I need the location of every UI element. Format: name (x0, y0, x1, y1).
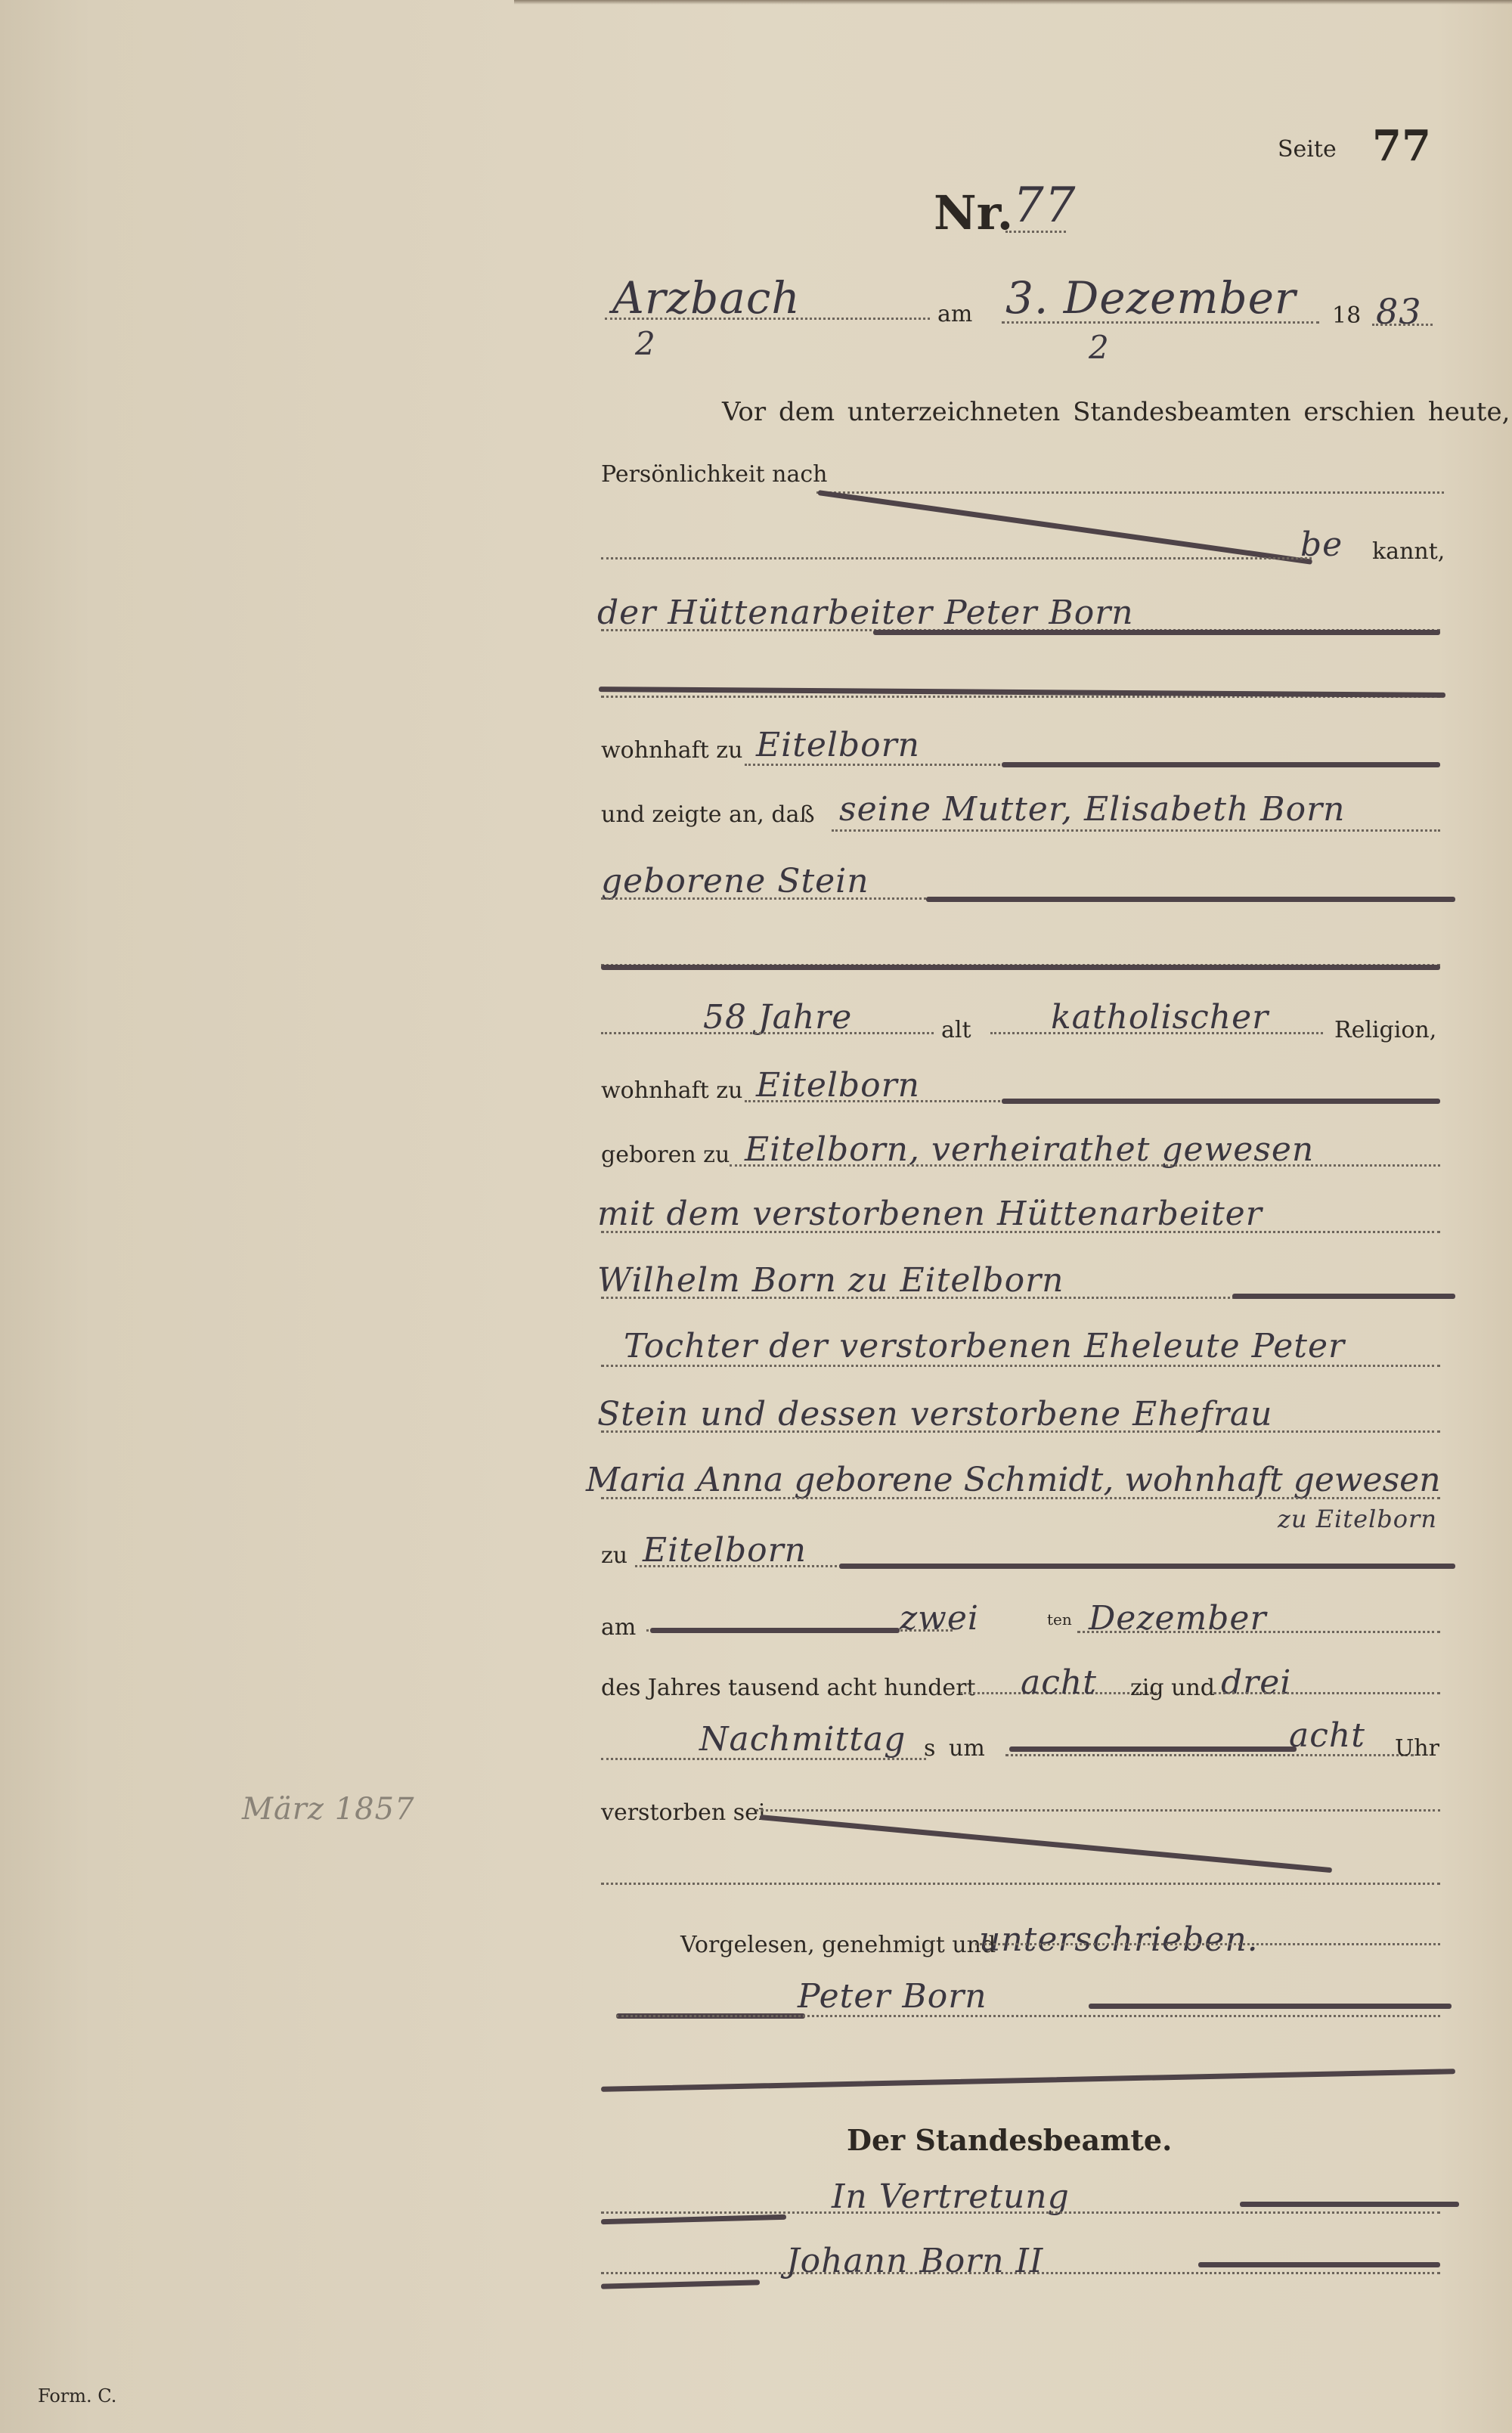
parents-line-3-dots (601, 1497, 1440, 1499)
decade-value: acht (1021, 1663, 1097, 1702)
signature-line (616, 2015, 1440, 2017)
page-number: 77 (1372, 121, 1431, 171)
reported-label: und zeigte an, daß (601, 801, 815, 828)
religion-value: katholischer (1051, 998, 1269, 1037)
blank-line-strike (601, 965, 1440, 970)
born-label: geboren zu (601, 1142, 730, 1168)
resident-label: wohnhaft zu (601, 737, 742, 764)
day-value: zwei (900, 1599, 979, 1638)
at-label: zu (601, 1542, 627, 1569)
entry-date: 3. Dezember (1005, 272, 1297, 324)
spouse-line-1: mit dem verstorbenen Hüttenarbeiter (597, 1195, 1263, 1233)
year-prefix: 18 (1332, 302, 1361, 329)
place-of-death: Eitelborn (643, 1531, 807, 1570)
month-line (1077, 1631, 1440, 1633)
entry-number-line (1005, 231, 1066, 233)
registrar-strike-1a (601, 2214, 786, 2224)
spouse-line-1-dots (601, 1231, 1440, 1233)
read-label: Vorgelesen, genehmigt und (680, 1932, 996, 1958)
deceased-line-2: geborene Stein (601, 862, 869, 900)
time-of-day-line (601, 1758, 926, 1760)
registrar-line-1-dots (601, 2211, 1440, 2214)
entry-number-label: Nr. (934, 185, 1013, 240)
page-label: Seite (1278, 136, 1337, 163)
personality-line-2 (601, 557, 1312, 559)
date-mark: 2 (1089, 329, 1110, 366)
deceased-residence-strike (1002, 1099, 1440, 1104)
spouse-line-2-strike (1232, 1294, 1455, 1299)
registrar-line-2-dots (601, 2272, 1440, 2274)
personality-line-1 (816, 491, 1444, 494)
time-of-day: Nachmittag (699, 1720, 906, 1759)
birthplace-status: Eitelborn, verheirathet gewesen (745, 1130, 1314, 1169)
personality-label: Persönlichkeit nach (601, 461, 827, 488)
intro-text: Vor dem unterzeichneten Standesbeamten e… (722, 397, 1512, 427)
year-unit-value: drei (1221, 1663, 1291, 1702)
parents-line-1-dots (601, 1365, 1440, 1367)
place-mark: 2 (635, 325, 656, 362)
died-line-2 (601, 1883, 1440, 1885)
register-page: Seite 77 Nr. 77 Arzbach 2 am 3. Dezember… (0, 0, 1512, 2433)
died-strike (760, 1815, 1332, 1873)
personality-strike (818, 490, 1313, 565)
day-strike (650, 1628, 900, 1633)
deceased-line-1: seine Mutter, Elisabeth Born (839, 790, 1346, 829)
parents-line-2-dots (601, 1430, 1440, 1433)
time-um: um (949, 1735, 985, 1762)
read-word: unterschrieben. (979, 1920, 1259, 1959)
registrar-line-2: Johann Born II (786, 2242, 1043, 2280)
time-s: s (924, 1735, 935, 1762)
date-line (1002, 321, 1319, 324)
religion-suffix: Religion, (1334, 1017, 1436, 1043)
parents-line-3: Maria Anna geborene Schmidt, wohnhaft ge… (586, 1461, 1441, 1499)
died-label: verstorben sei (601, 1799, 765, 1826)
deceased-line-2-strike (926, 897, 1455, 902)
registrar-title: Der Standesbeamte. (847, 2123, 1172, 2157)
registrar-strike-1b (1240, 2202, 1459, 2207)
age-line (601, 1032, 934, 1034)
deceased-residence: Eitelborn (756, 1066, 920, 1105)
known-prefix: be (1300, 525, 1343, 564)
born-line (730, 1164, 1440, 1167)
on-label: am (601, 1614, 636, 1641)
entry-number: 77 (1013, 178, 1076, 234)
year-label: des Jahres tausend acht hundert (601, 1675, 976, 1701)
blank-signature-strike (601, 2069, 1455, 2092)
died-line-1 (756, 1809, 1440, 1812)
day-suffix: ten (1047, 1610, 1072, 1629)
age-suffix: alt (941, 1017, 971, 1043)
entry-place: Arzbach (612, 272, 801, 324)
registrar-strike-2b (1198, 2262, 1440, 2267)
clock-label: Uhr (1395, 1735, 1439, 1762)
spouse-line-2: Wilhelm Born zu Eitelborn (597, 1261, 1064, 1300)
margin-note: März 1857 (242, 1792, 415, 1827)
page-edge (514, 0, 1512, 5)
age-value: 58 Jahre (703, 998, 852, 1037)
informant-strike (873, 630, 1440, 635)
year-line (1372, 324, 1433, 326)
reported-line (832, 829, 1440, 832)
religion-line (990, 1032, 1323, 1034)
resident-label-2: wohnhaft zu (601, 1077, 742, 1104)
residence-strike (1002, 762, 1440, 767)
parents-line-2: Stein und dessen verstorbene Ehefrau (597, 1395, 1272, 1433)
informant-name: der Hüttenarbeiter Peter Born (597, 594, 1134, 632)
signature-strike-right (1089, 2004, 1452, 2009)
parents-line-1: Tochter der verstorbenen Eheleute Peter (624, 1327, 1345, 1365)
registrar-strike-2a (601, 2280, 760, 2289)
form-label: Form. C. (38, 2385, 116, 2407)
parents-line-3b: zu Eitelborn (1278, 1505, 1437, 1533)
zig-label: zig und (1130, 1675, 1215, 1701)
year-unit-line (1213, 1692, 1440, 1694)
hour-strike (1009, 1746, 1297, 1752)
place-line (605, 318, 930, 320)
date-prefix: am (937, 301, 972, 327)
known-suffix: kannt, (1372, 538, 1445, 565)
informant-residence: Eitelborn (756, 726, 920, 764)
registrar-line-1: In Vertretung (832, 2177, 1070, 2216)
place-of-death-strike (839, 1564, 1455, 1569)
informant-signature: Peter Born (798, 1977, 987, 2016)
hour-value: acht (1289, 1716, 1365, 1755)
read-line (975, 1943, 1440, 1945)
